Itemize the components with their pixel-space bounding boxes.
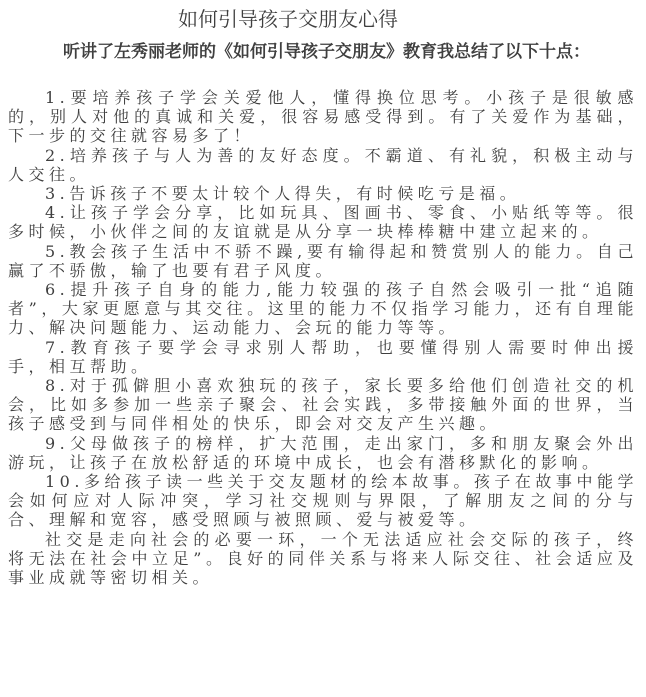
body-paragraph-5: 5.教会孩子生活中不骄不躁,要有输得起和赞赏别人的能力。自己赢了不骄傲，输了也要… [8,242,638,280]
body-paragraph-3: 3.告诉孩子不要太计较个人得失，有时候吃亏是福。 [8,184,638,203]
body-paragraph-8: 8.对于孤僻胆小喜欢独玩的孩子，家长要多给他们创造社交的机会，比如多参加一些亲子… [8,376,638,434]
body-paragraph-2: 2.培养孩子与人为善的友好态度。不霸道、有礼貌，积极主动与人交往。 [8,146,638,184]
body-paragraph-1: 1.要培养孩子学会关爱他人，懂得换位思考。小孩子是很敏感的，别人对他的真诚和关爱… [8,88,638,146]
body-paragraph-9: 9.父母做孩子的榜样，扩大范围，走出家门，多和朋友聚会外出游玩，让孩子在放松舒适… [8,434,638,472]
body-paragraph-4: 4.让孩子学会分享，比如玩具、图画书、零食、小贴纸等等。很多时候，小伙伴之间的友… [8,203,638,241]
intro-paragraph: 听讲了左秀丽老师的《如何引导孩子交朋友》教育我总结了以下十点： [8,42,638,62]
body-paragraph-10: 10.多给孩子读一些关于交友题材的绘本故事。孩子在故事中能学会如何应对人际冲突，… [8,472,638,530]
body-paragraph-6: 6.提升孩子自身的能力,能力较强的孩子自然会吸引一批“追随者”，大家更愿意与其交… [8,280,638,338]
body-paragraph-7: 7.教育孩子要学会寻求别人帮助，也要懂得别人需要时伸出援手，相互帮助。 [8,338,638,376]
document-title: 如何引导孩子交朋友心得 [8,6,568,32]
document-body: 1.要培养孩子学会关爱他人，懂得换位思考。小孩子是很敏感的，别人对他的真诚和关爱… [8,88,638,587]
body-paragraph-11: 社交是走向社会的必要一环，一个无法适应社会交际的孩子，终将无法在社会中立足”。良… [8,530,638,588]
document-page: 如何引导孩子交朋友心得 听讲了左秀丽老师的《如何引导孩子交朋友》教育我总结了以下… [0,0,646,697]
